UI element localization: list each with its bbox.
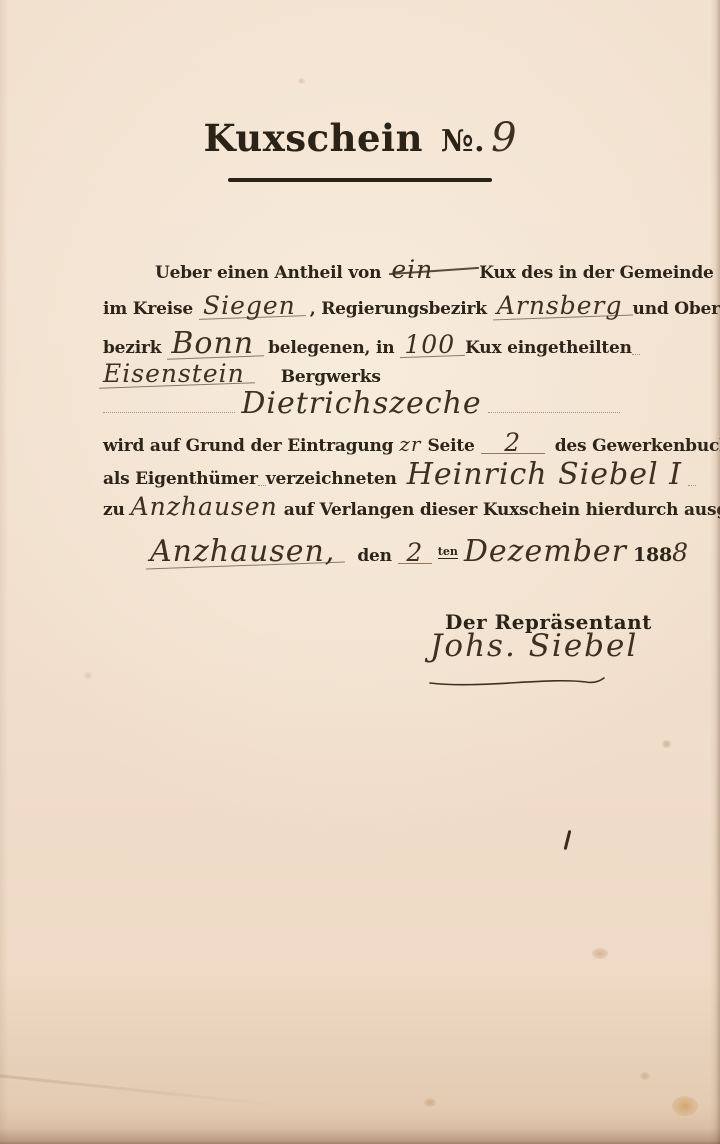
handwritten-mine-name: Dietrichszeche xyxy=(241,392,481,416)
body-line-6: wird auf Grund der Eintragung zr Seite 2… xyxy=(103,433,620,456)
handwritten-issue-place: Anzhausen, xyxy=(150,540,335,564)
title-word: Kuxschein xyxy=(203,116,423,160)
handwritten-mineral: Eisenstein xyxy=(103,364,245,384)
foxing-spot xyxy=(298,78,305,84)
date-line: Anzhausen, den 2 ten Dezember 188 8 xyxy=(150,540,620,566)
page-edge-shading xyxy=(710,0,720,1144)
dotted-fill-line xyxy=(103,412,235,413)
handwritten-page-number: 2 xyxy=(481,433,545,454)
handwritten-kux-total: 100 xyxy=(404,335,455,355)
printed-text: Bergwerks xyxy=(281,367,381,387)
printed-text: im Kreise xyxy=(103,299,193,319)
handwritten-correction: zr xyxy=(399,436,421,452)
foxing-spot xyxy=(84,672,92,679)
printed-text: wird auf Grund der Eintragung xyxy=(103,436,393,456)
printed-text: verzeichneten xyxy=(266,469,397,489)
printed-text: belegenen, in xyxy=(268,338,394,358)
title-underline-rule xyxy=(228,178,492,182)
page-edge-shading xyxy=(0,0,8,1144)
handwritten-day: 2 xyxy=(398,543,432,564)
handwritten-share-count: ein xyxy=(391,260,433,280)
body-line-1: Ueber einen Antheil von ein Kux des in d… xyxy=(103,260,620,283)
printed-day-suffix: ten xyxy=(438,545,458,559)
dotted-fill-line xyxy=(632,354,640,355)
printed-year-prefix: 188 xyxy=(633,544,672,566)
page-edge-shading xyxy=(0,1128,720,1144)
printed-text: und Oberbergamts= xyxy=(633,299,720,319)
foxing-spot xyxy=(592,948,608,959)
paper-crease xyxy=(0,1072,279,1106)
printed-text: Seite xyxy=(427,436,474,456)
foxing-spot xyxy=(662,740,671,748)
foxing-spot xyxy=(424,1098,436,1107)
handwritten-month: Dezember xyxy=(464,540,627,564)
printed-text: zu xyxy=(103,500,125,520)
printed-text: Kux des in der Gemeinde xyxy=(479,263,713,283)
body-line-7: als Eigenthümer verzeichneten Heinrich S… xyxy=(103,463,620,489)
printed-text: bezirk xyxy=(103,338,161,358)
numero-sign: №. xyxy=(441,124,485,159)
body-line-5: Dietrichszeche xyxy=(103,392,620,416)
certificate-page: Kuxschein№.9 Ueber einen Antheil von ein… xyxy=(0,0,720,1144)
handwritten-owner-place: Anzhausen xyxy=(131,497,278,517)
body-line-3: bezirk Bonn belegenen, in 100 Kux einget… xyxy=(103,332,620,358)
printed-text: auf Verlangen dieser Kuxschein hierdurch… xyxy=(284,500,720,520)
body-line-2: im Kreise Siegen , Regierungsbezirk Arns… xyxy=(103,296,620,319)
body-line-8: zu Anzhausen auf Verlangen dieser Kuxsch… xyxy=(103,497,620,520)
printed-text: als Eigenthümer xyxy=(103,469,258,489)
printed-text: Ueber einen Antheil von xyxy=(155,263,381,283)
printed-text: des Gewerkenbuches de xyxy=(555,436,720,456)
dotted-fill-line xyxy=(488,412,620,413)
signature-handwritten: Johs. Siebel xyxy=(430,634,638,659)
foxing-spot xyxy=(672,1096,698,1116)
handwritten-regierungsbezirk: Arnsberg xyxy=(497,296,623,316)
dotted-fill-line xyxy=(258,485,266,486)
printed-text: den xyxy=(357,546,391,566)
dotted-fill-line xyxy=(688,485,696,486)
printed-text: , Regierungsbezirk xyxy=(310,299,487,319)
printed-text: Kux eingetheilten xyxy=(465,338,632,358)
body-line-4: Eisenstein Bergwerks xyxy=(103,364,620,387)
signature-flourish xyxy=(428,676,606,690)
handwritten-year-digit: 8 xyxy=(672,543,689,563)
foxing-spot xyxy=(640,1072,650,1080)
handwritten-oberbergamtsbezirk: Bonn xyxy=(171,332,254,356)
document-title: Kuxschein№.9 xyxy=(0,116,720,160)
handwritten-kreis: Siegen xyxy=(203,296,296,316)
certificate-number-handwritten: 9 xyxy=(491,115,516,161)
stray-ink-mark xyxy=(564,830,572,850)
handwritten-owner-name: Heinrich Siebel I xyxy=(407,463,682,487)
